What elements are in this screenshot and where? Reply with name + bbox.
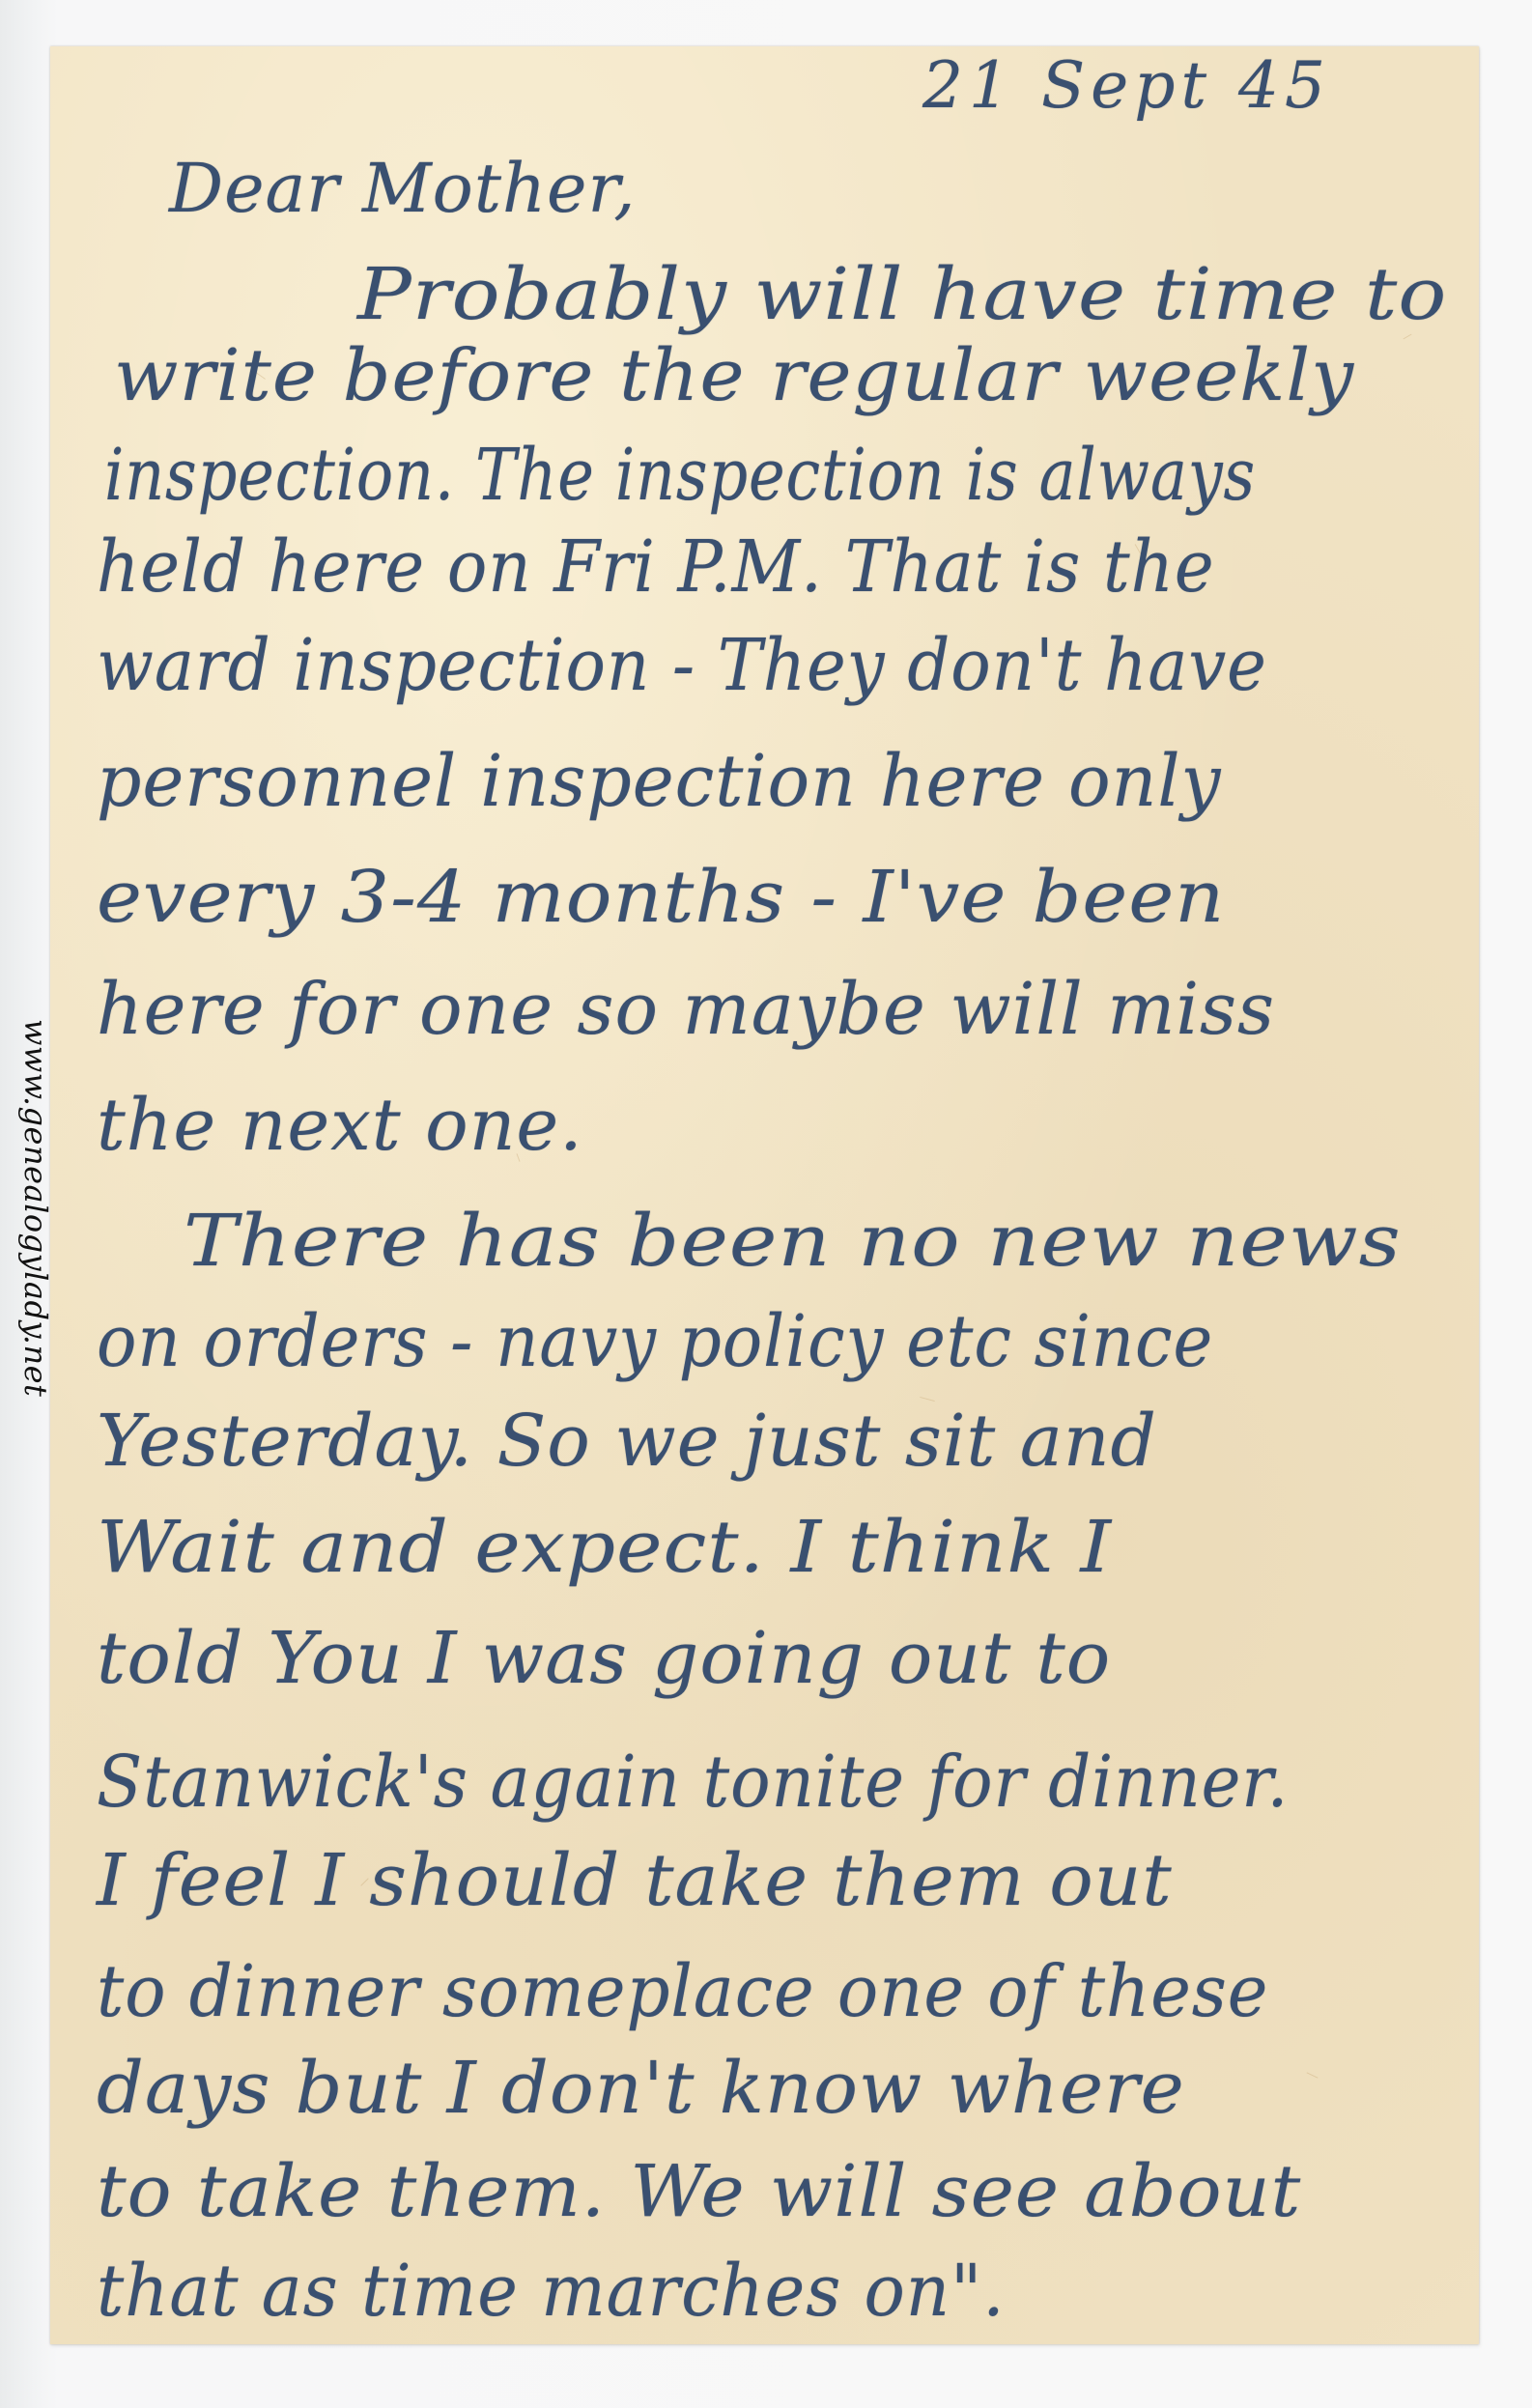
salutation: Dear Mother, bbox=[169, 155, 636, 222]
letter-line: Yesterday. So we just sit and bbox=[97, 1405, 1157, 1477]
letter-line: Stanwick's again tonite for dinner. bbox=[97, 1746, 1289, 1818]
letter-line: Wait and expect. I think I bbox=[97, 1512, 1112, 1583]
letter-line: here for one so maybe will miss bbox=[97, 974, 1275, 1045]
letter-line: days but I don't know where bbox=[97, 2053, 1185, 2124]
letter-line: Probably will have time to bbox=[357, 259, 1447, 330]
letter-line: that as time marches on". bbox=[97, 2255, 1006, 2327]
letter-line: held here on Fri P.M. That is the bbox=[97, 531, 1215, 603]
letter-line: personnel inspection here only bbox=[97, 746, 1221, 817]
letter-line: I feel I should take them out bbox=[97, 1845, 1173, 1916]
letter-line: write before the regular weekly bbox=[114, 340, 1354, 411]
letter-date: 21 Sept 45 bbox=[922, 48, 1331, 123]
letter-line: the next one. bbox=[97, 1090, 583, 1161]
letter-line: ward inspection - They don't have bbox=[97, 630, 1267, 701]
letter-line: to dinner someplace one of these bbox=[97, 1956, 1268, 2027]
letter-line: There has been no new news bbox=[184, 1205, 1402, 1277]
watermark-url: www.genealogylady.net bbox=[17, 1019, 54, 1397]
letter-line: told You I was going out to bbox=[97, 1623, 1111, 1694]
letter-line: every 3-4 months - I've been bbox=[97, 862, 1225, 933]
letter-line: to take them. We will see about bbox=[97, 2156, 1301, 2227]
letter-line: inspection. The inspection is always bbox=[104, 439, 1256, 511]
letter-line: on orders - navy policy etc since bbox=[97, 1306, 1213, 1377]
paper-fiber bbox=[1306, 2072, 1318, 2078]
